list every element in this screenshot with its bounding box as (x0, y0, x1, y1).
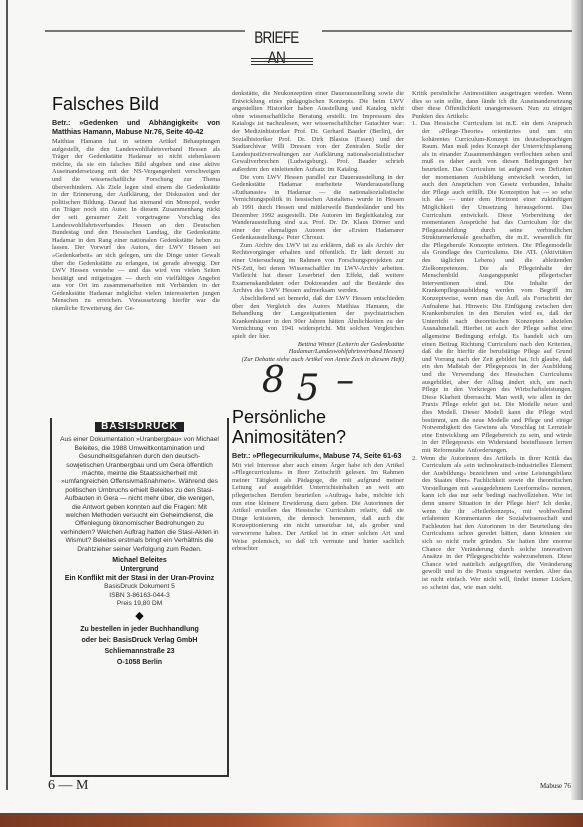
basisdruck-advertisement: BASISDRUCK Aus einer Dokumentation »Uran… (50, 418, 229, 777)
ad-order-line-3: Schliemannstraße 23 (52, 647, 227, 656)
ad-order-line-2: oder bei: BasisDruck Verlag GmbH (52, 636, 227, 645)
handwritten-annotation: 8 – 5 (232, 377, 404, 392)
ad-subtitle: Ein Konflikt mit der Stasi in der Uran-P… (52, 574, 227, 583)
section-title-underline (251, 58, 313, 66)
column-left: Falsches Bild Betr.: »Gedenken und Abhän… (52, 90, 220, 313)
ad-book-title: Untergrund (52, 565, 227, 574)
header-rule-left (45, 30, 245, 32)
header-rule-right (322, 30, 572, 32)
magazine-page: BRIEFE AN Falsches Bild Betr.: »Gedenken… (0, 0, 583, 827)
ad-isbn: ISBN 3-86163-044-3 (52, 592, 227, 600)
scan-edge (6, 0, 8, 790)
column-right: Kritik persönliche Animositäten ausgetra… (412, 90, 572, 591)
letter2-point-1: 1. Das Hessische Curriculum ist m.E. ein… (412, 120, 572, 454)
ad-price: Preis 19,80 DM (52, 600, 227, 608)
letter1-title: Falsches Bild (52, 94, 220, 114)
ad-series: BasisDruck Dokument 5 (52, 583, 227, 591)
letter1-body: Matthias Hamann hat in seinem Artikel Be… (52, 138, 220, 313)
letter2-intro: Kritik persönliche Animositäten ausgetra… (412, 90, 572, 120)
ad-order-line-4: O-1058 Berlin (52, 658, 227, 667)
letter1-signature: Bettina Winter (Leiterin der Gedenkstätt… (232, 341, 404, 356)
publication-name: Mabuse 76 (540, 782, 571, 790)
diamond-ornament-icon: ◆ (52, 612, 227, 620)
column-middle: denkstätte, die Neukonzeption einer Daue… (232, 90, 404, 553)
ad-author: Michael Beleites (52, 556, 227, 565)
ad-order-line-1: Zu bestellen in jeder Buchhandlung (52, 625, 227, 634)
page-gutter-shadow (571, 0, 583, 800)
letter2-point-2: 2. Wenn die Autorinnen des Artikels in i… (412, 455, 572, 592)
letter2-reference: Betr.: »Pflegecurrikulum«, Mabuse 74, Se… (232, 451, 404, 460)
letter2-body: Mit viel Interesse aber auch einem Ärger… (232, 462, 404, 553)
letter1-reference: Betr.: »Gedenken und Abhängigkeit« von M… (52, 118, 220, 136)
letter1-para2: Die vom LWV Hessen parallel zur Daueraus… (232, 174, 404, 242)
ad-description: Aus einer Dokumentation »Uranbergbau« vo… (52, 432, 227, 556)
letter1-para4: Abschließend sei bemerkt, daß der LWV He… (232, 295, 404, 341)
ad-brand-logo: BASISDRUCK (95, 422, 184, 432)
letter2-title: Persönliche Animositäten? (232, 407, 404, 447)
letter1-continued-body: denkstätte, die Neukonzeption einer Daue… (232, 90, 404, 174)
letter1-para3: Zum Archiv des LWV ist zu erklären, daß … (232, 242, 404, 295)
scanner-edge-bar (0, 813, 583, 827)
page-number-left: 6 — M (48, 778, 88, 794)
